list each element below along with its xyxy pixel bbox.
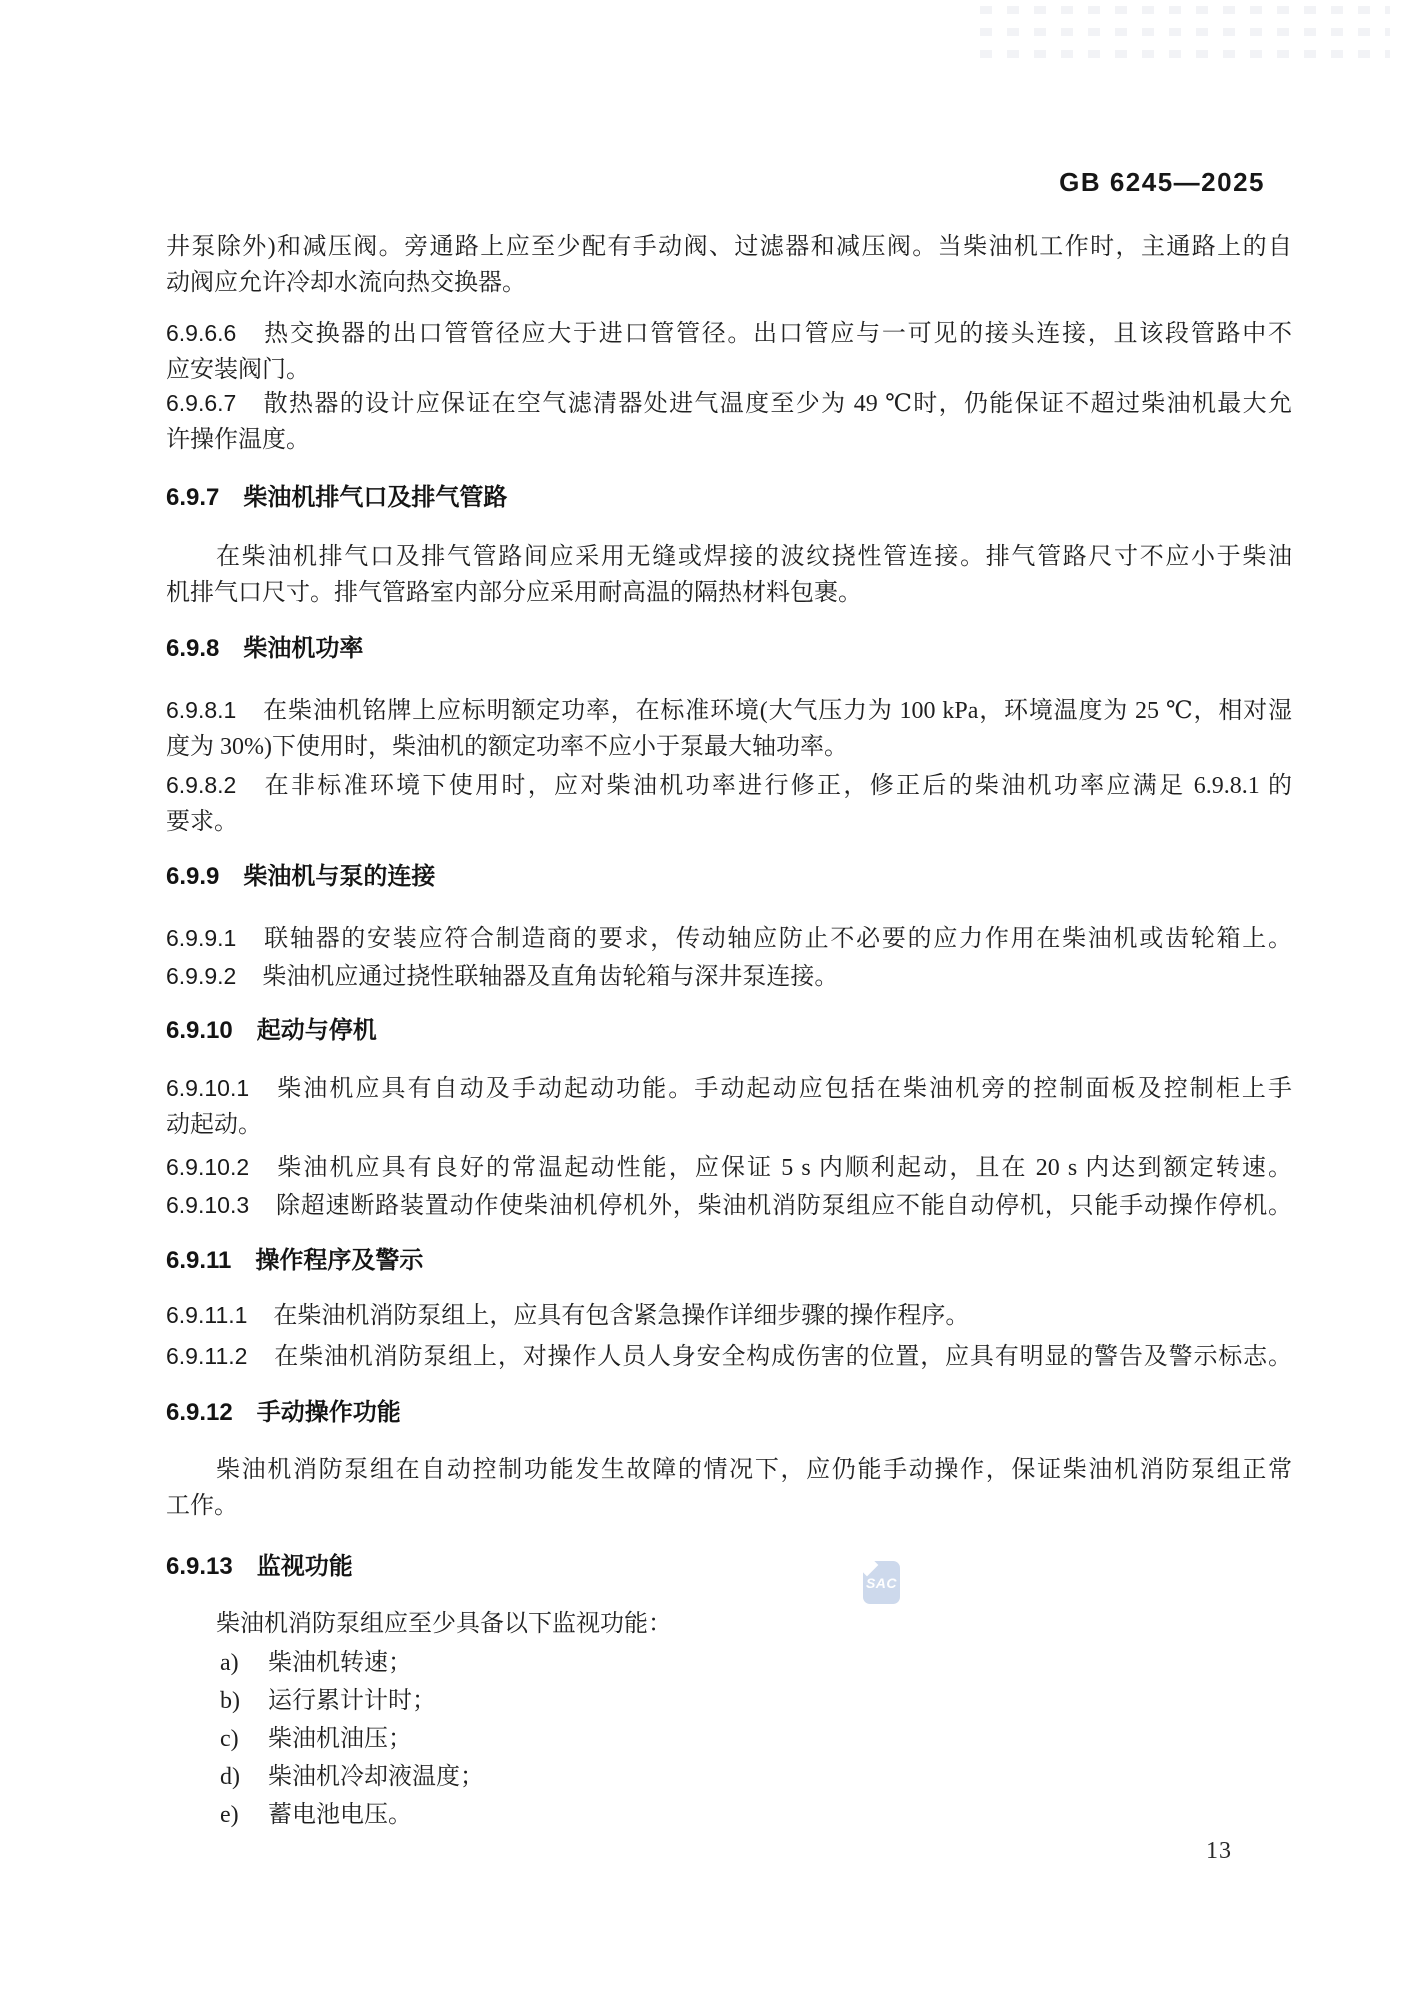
- clause-text: 在柴油机消防泵组上，应具有包含紧急操作详细步骤的操作程序。: [273, 1303, 969, 1329]
- heading-title: 柴油机排气口及排气管路: [243, 484, 507, 511]
- clause-text: 柴油机应具有良好的常温起动性能，应保证 5 s 内顺利起动，且在 20 s 内达…: [275, 1155, 1292, 1181]
- list-label: a): [220, 1644, 268, 1682]
- clause-number: 6.9.11.2: [166, 1343, 247, 1369]
- section-heading-6-9-9: 6.9.9柴油机与泵的连接: [166, 859, 1292, 895]
- clause-6-9-11-1: 6.9.11.1在柴油机消防泵组上，应具有包含紧急操作详细步骤的操作程序。: [166, 1297, 1292, 1334]
- text-line: 6.9.6.7散热器的设计应保证在空气滤清器处进气温度至少为 49 ℃时，仍能保…: [166, 385, 1292, 422]
- page-number: 13: [1206, 1838, 1232, 1865]
- text-line: 6.9.9.2柴油机应通过挠性联轴器及直角齿轮箱与深井泵连接。: [166, 958, 1292, 995]
- clause-text: 在柴油机铭牌上应标明额定功率，在标准环境(大气压力为 100 kPa，环境温度为…: [262, 698, 1292, 724]
- heading-number: 6.9.13: [166, 1553, 233, 1580]
- sac-watermark: SAC: [863, 1561, 900, 1604]
- text-line: 机排气口尺寸。排气管路室内部分应采用耐高温的隔热材料包裹。: [166, 575, 1292, 611]
- clause-6-9-6-6: 6.9.6.6热交换器的出口管管径应大于进口管管径。出口管应与一可见的接头连接，…: [166, 315, 1292, 388]
- text-line: 6.9.9.1联轴器的安装应符合制造商的要求，传动轴应防止不必要的应力作用在柴油…: [166, 920, 1292, 957]
- text-line: 6.9.11.2在柴油机消防泵组上，对操作人员人身安全构成伤害的位置，应具有明显…: [166, 1338, 1292, 1375]
- clause-6-9-10-3: 6.9.10.3除超速断路装置动作使柴油机停机外，柴油机消防泵组应不能自动停机，…: [166, 1187, 1292, 1224]
- heading-title: 手动操作功能: [257, 1399, 401, 1426]
- text-line: 6.9.11.1在柴油机消防泵组上，应具有包含紧急操作详细步骤的操作程序。: [166, 1297, 1292, 1334]
- clause-number: 6.9.6.6: [166, 320, 236, 346]
- paragraph: 柴油机消防泵组应至少具备以下监视功能：: [166, 1606, 1292, 1642]
- clause-text: 柴油机应通过挠性联轴器及直角齿轮箱与深井泵连接。: [262, 964, 838, 990]
- list-item-e: e)蓄电池电压。: [166, 1796, 1292, 1834]
- text-line: 柴油机消防泵组在自动控制功能发生故障的情况下，应仍能手动操作，保证柴油机消防泵组…: [166, 1452, 1292, 1488]
- clause-number: 6.9.6.7: [166, 390, 236, 416]
- heading-title: 柴油机与泵的连接: [243, 863, 435, 890]
- list-text: 柴油机转速；: [268, 1650, 412, 1676]
- text-line: 在柴油机排气口及排气管路间应采用无缝或焊接的波纹挠性管连接。排气管路尺寸不应小于…: [166, 539, 1292, 575]
- clause-number: 6.9.9.2: [166, 963, 236, 989]
- heading-number: 6.9.9: [166, 863, 219, 890]
- heading-title: 柴油机功率: [243, 635, 363, 662]
- text-line: 6.9.10.2柴油机应具有良好的常温起动性能，应保证 5 s 内顺利起动，且在…: [166, 1149, 1292, 1186]
- clause-6-9-10-1: 6.9.10.1柴油机应具有自动及手动起动功能。手动起动应包括在柴油机旁的控制面…: [166, 1070, 1292, 1143]
- heading-number: 6.9.11: [166, 1247, 231, 1274]
- section-heading-6-9-13: 6.9.13监视功能: [166, 1549, 1292, 1585]
- section-heading-6-9-11: 6.9.11操作程序及警示: [166, 1243, 1292, 1279]
- page-body: 井泵除外)和减压阀。旁通路上应至少配有手动阀、过滤器和减压阀。当柴油机工作时，主…: [166, 0, 1292, 2000]
- text-line: 6.9.6.6热交换器的出口管管径应大于进口管管径。出口管应与一可见的接头连接，…: [166, 315, 1292, 352]
- section-heading-6-9-12: 6.9.12手动操作功能: [166, 1395, 1292, 1431]
- clause-6-9-9-2: 6.9.9.2柴油机应通过挠性联轴器及直角齿轮箱与深井泵连接。: [166, 958, 1292, 995]
- clause-number: 6.9.10.1: [166, 1075, 249, 1101]
- list-text: 柴油机冷却液温度；: [268, 1764, 484, 1790]
- list-label: b): [220, 1682, 268, 1720]
- heading-title: 操作程序及警示: [255, 1247, 423, 1274]
- list-item-c: c)柴油机油压；: [166, 1720, 1292, 1758]
- list-text: 柴油机油压；: [268, 1726, 412, 1752]
- list-label: d): [220, 1758, 268, 1796]
- text-line: 6.9.10.3除超速断路装置动作使柴油机停机外，柴油机消防泵组应不能自动停机，…: [166, 1187, 1292, 1224]
- clause-6-9-11-2: 6.9.11.2在柴油机消防泵组上，对操作人员人身安全构成伤害的位置，应具有明显…: [166, 1338, 1292, 1375]
- list-item-b: b)运行累计计时；: [166, 1682, 1292, 1720]
- text-line: 柴油机消防泵组应至少具备以下监视功能：: [166, 1606, 1292, 1642]
- list-label: e): [220, 1796, 268, 1834]
- clause-text: 除超速断路装置动作使柴油机停机外，柴油机消防泵组应不能自动停机，只能手动操作停机…: [275, 1193, 1292, 1219]
- paragraph: 柴油机消防泵组在自动控制功能发生故障的情况下，应仍能手动操作，保证柴油机消防泵组…: [166, 1452, 1292, 1524]
- clause-number: 6.9.10.3: [166, 1192, 249, 1218]
- text-line: 6.9.10.1柴油机应具有自动及手动起动功能。手动起动应包括在柴油机旁的控制面…: [166, 1070, 1292, 1107]
- clause-6-9-10-2: 6.9.10.2柴油机应具有良好的常温起动性能，应保证 5 s 内顺利起动，且在…: [166, 1149, 1292, 1186]
- clause-text: 热交换器的出口管管径应大于进口管管径。出口管应与一可见的接头连接，且该段管路中不: [262, 321, 1292, 347]
- heading-number: 6.9.7: [166, 484, 219, 511]
- section-heading-6-9-8: 6.9.8柴油机功率: [166, 631, 1292, 667]
- clause-6-9-6-7: 6.9.6.7散热器的设计应保证在空气滤清器处进气温度至少为 49 ℃时，仍能保…: [166, 385, 1292, 458]
- list-item-d: d)柴油机冷却液温度；: [166, 1758, 1292, 1796]
- clause-number: 6.9.8.1: [166, 697, 236, 723]
- text-line: 工作。: [166, 1488, 1292, 1524]
- text-line: 度为 30%)下使用时，柴油机的额定功率不应小于泵最大轴功率。: [166, 729, 1292, 765]
- clause-6-9-8-2: 6.9.8.2在非标准环境下使用时，应对柴油机功率进行修正，修正后的柴油机功率应…: [166, 767, 1292, 840]
- list-text: 运行累计计时；: [268, 1688, 436, 1714]
- clause-6-9-8-1: 6.9.8.1在柴油机铭牌上应标明额定功率，在标准环境(大气压力为 100 kP…: [166, 692, 1292, 765]
- heading-number: 6.9.12: [166, 1399, 233, 1426]
- list-label: c): [220, 1720, 268, 1758]
- text-line: 应安装阀门。: [166, 352, 1292, 388]
- paragraph-continuation: 井泵除外)和减压阀。旁通路上应至少配有手动阀、过滤器和减压阀。当柴油机工作时，主…: [166, 229, 1292, 301]
- text-line: 动阀应允许冷却水流向热交换器。: [166, 265, 1292, 301]
- text-line: 动起动。: [166, 1107, 1292, 1143]
- list-text: 蓄电池电压。: [268, 1802, 412, 1828]
- section-heading-6-9-7: 6.9.7柴油机排气口及排气管路: [166, 480, 1292, 516]
- text-line: 6.9.8.1在柴油机铭牌上应标明额定功率，在标准环境(大气压力为 100 kP…: [166, 692, 1292, 729]
- paragraph: 在柴油机排气口及排气管路间应采用无缝或焊接的波纹挠性管连接。排气管路尺寸不应小于…: [166, 539, 1292, 611]
- text-line: 6.9.8.2在非标准环境下使用时，应对柴油机功率进行修正，修正后的柴油机功率应…: [166, 767, 1292, 804]
- heading-number: 6.9.8: [166, 635, 219, 662]
- document-page: GB 6245—2025 井泵除外)和减压阀。旁通路上应至少配有手动阀、过滤器和…: [0, 0, 1413, 2000]
- list-item-a: a)柴油机转速；: [166, 1644, 1292, 1682]
- text-line: 井泵除外)和减压阀。旁通路上应至少配有手动阀、过滤器和减压阀。当柴油机工作时，主…: [166, 229, 1292, 265]
- sac-watermark-text: SAC: [866, 1575, 897, 1591]
- heading-title: 起动与停机: [257, 1017, 377, 1044]
- clause-number: 6.9.9.1: [166, 925, 236, 951]
- section-heading-6-9-10: 6.9.10起动与停机: [166, 1013, 1292, 1049]
- clause-number: 6.9.11.1: [166, 1302, 247, 1328]
- clause-text: 散热器的设计应保证在空气滤清器处进气温度至少为 49 ℃时，仍能保证不超过柴油机…: [262, 391, 1292, 417]
- clause-6-9-9-1: 6.9.9.1联轴器的安装应符合制造商的要求，传动轴应防止不必要的应力作用在柴油…: [166, 920, 1292, 957]
- clause-text: 联轴器的安装应符合制造商的要求，传动轴应防止不必要的应力作用在柴油机或齿轮箱上。: [262, 926, 1292, 952]
- text-line: 许操作温度。: [166, 422, 1292, 458]
- clause-number: 6.9.10.2: [166, 1154, 249, 1180]
- clause-number: 6.9.8.2: [166, 772, 236, 798]
- text-line: 要求。: [166, 804, 1292, 840]
- heading-number: 6.9.10: [166, 1017, 233, 1044]
- heading-title: 监视功能: [257, 1553, 353, 1580]
- clause-text: 在柴油机消防泵组上，对操作人员人身安全构成伤害的位置，应具有明显的警告及警示标志…: [273, 1344, 1292, 1370]
- clause-text: 在非标准环境下使用时，应对柴油机功率进行修正，修正后的柴油机功率应满足 6.9.…: [262, 773, 1292, 799]
- clause-text: 柴油机应具有自动及手动起动功能。手动起动应包括在柴油机旁的控制面板及控制柜上手: [275, 1076, 1292, 1102]
